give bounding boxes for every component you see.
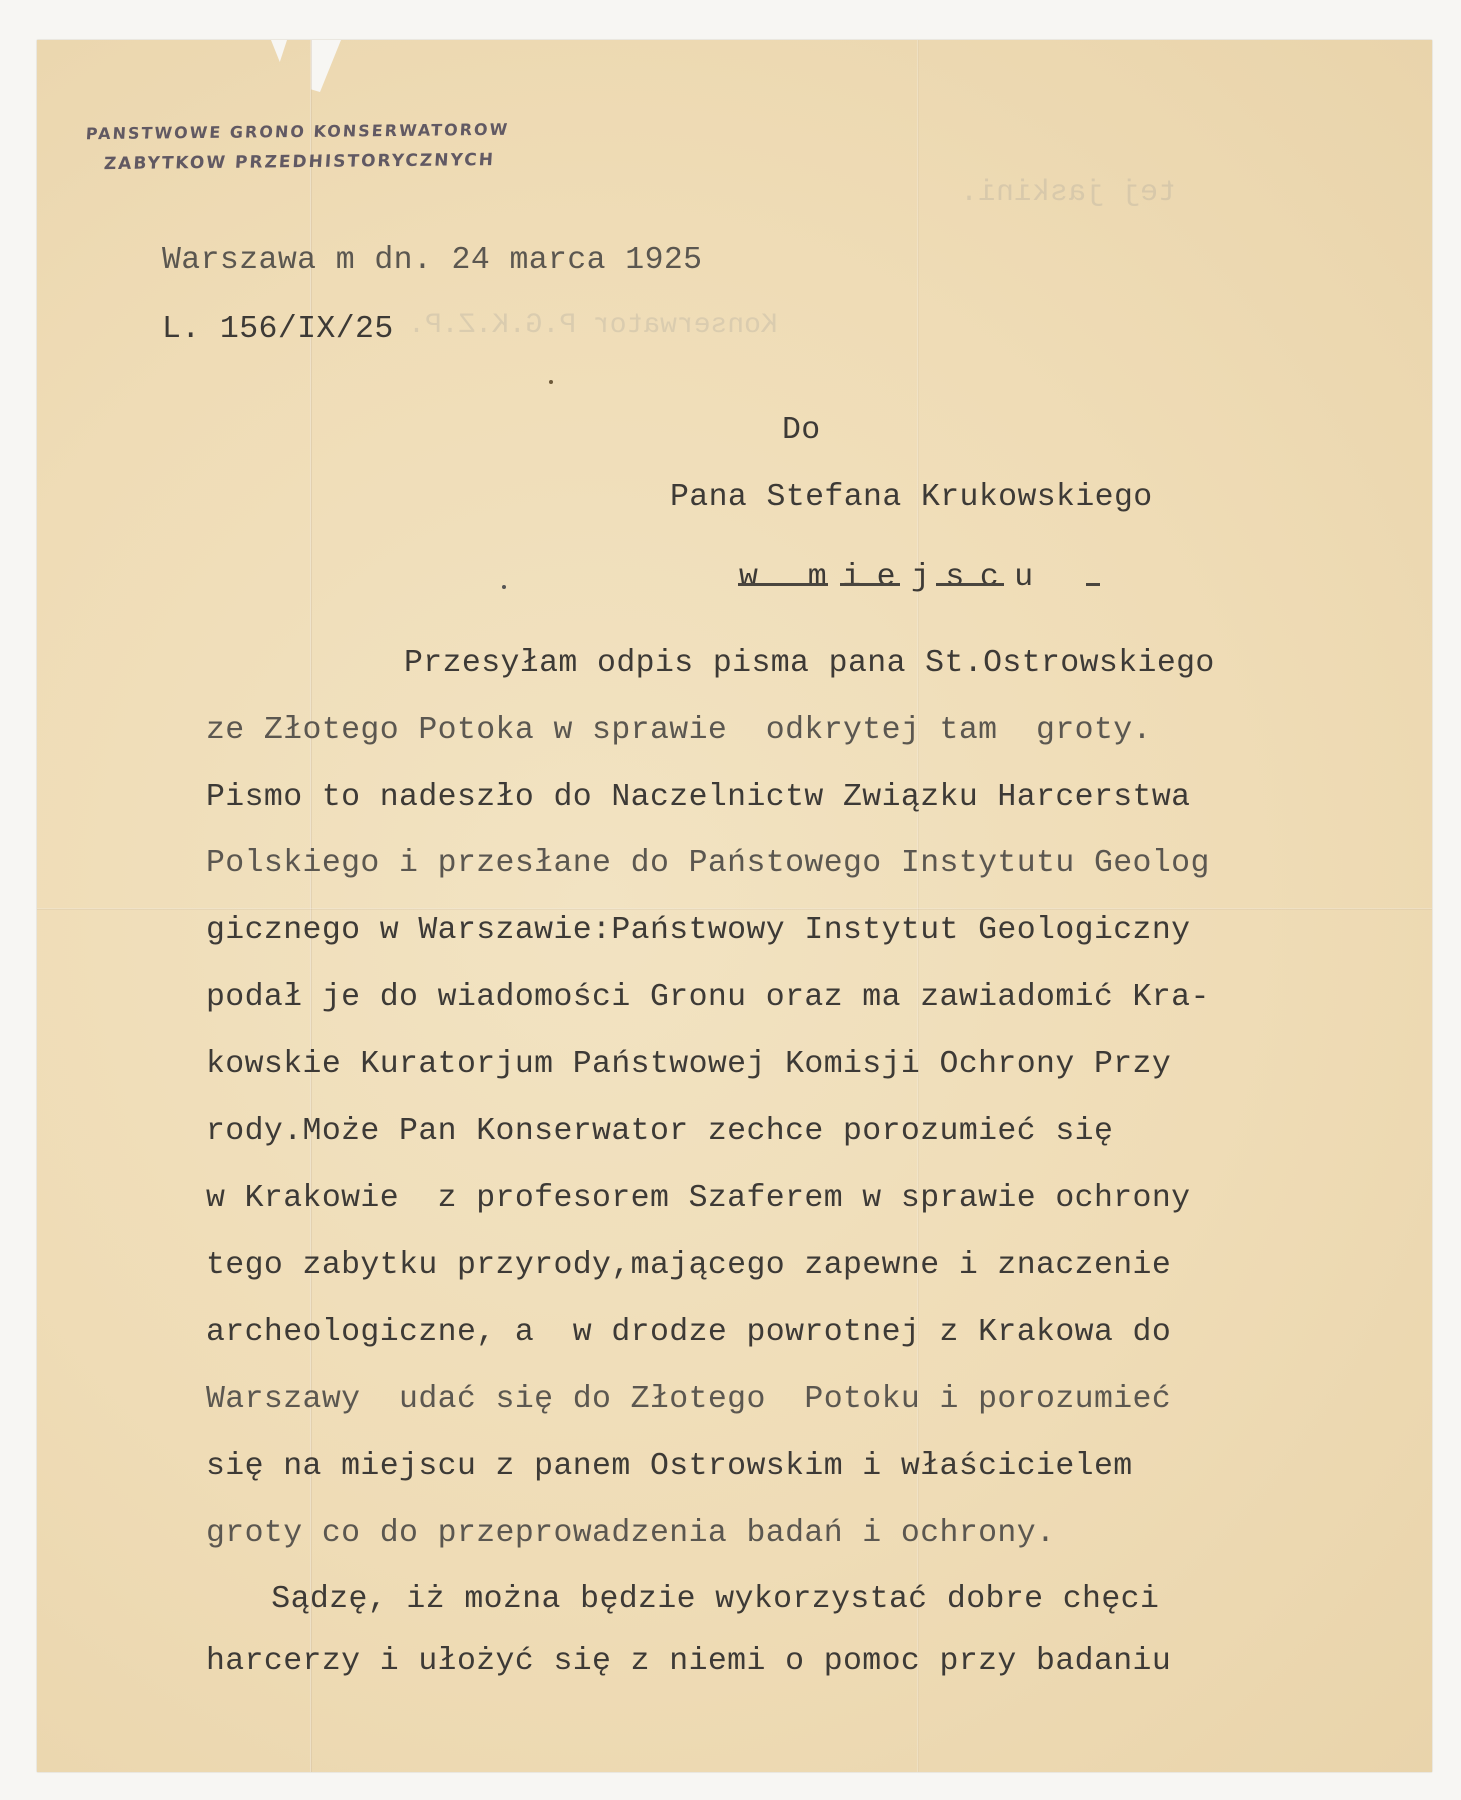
underline — [738, 583, 828, 586]
body-line: Pismo to nadeszło do Naczelnictw Związku… — [206, 782, 1190, 814]
body-line: podał je do wiadomości Gronu oraz ma zaw… — [206, 982, 1210, 1014]
body-line: archeologiczne, a w drodze powrotnej z K… — [206, 1317, 1171, 1349]
body-line: się na miejscu z panem Ostrowskim i właś… — [206, 1451, 1133, 1483]
underline — [1086, 583, 1100, 586]
bleed-through-text: Konserwator P.G.K.Z.P. — [408, 310, 778, 341]
paper-speck — [549, 380, 553, 384]
fold-line-horizontal — [37, 908, 1432, 910]
bleed-through-text: tej jaskini. — [960, 176, 1176, 210]
underline — [840, 583, 900, 586]
body-line: rody.Może Pan Konserwator zechce porozum… — [206, 1116, 1113, 1148]
place-and-date: Warszawa m dn. 24 marca 1925 — [162, 245, 703, 277]
fold-line-vertical — [310, 40, 312, 1772]
body-line: groty co do przeprowadzenia badań i ochr… — [206, 1518, 1055, 1550]
body-line: w Krakowie z profesorem Szaferem w spraw… — [206, 1183, 1190, 1215]
recipient-location: w miejscu — [739, 562, 1049, 594]
body-line: Polskiego i przesłane do Państowego Inst… — [206, 848, 1210, 880]
body-line: gicznego w Warszawie:Państwowy Instytut … — [206, 915, 1190, 947]
reference-number: L. 156/IX/25 — [162, 314, 394, 346]
letter-paper — [37, 40, 1432, 1772]
body-line: ze Złotego Potoka w sprawie odkrytej tam… — [206, 715, 1152, 747]
stamp-line-2: ZABYTKOW PRZEDHISTORYCZNYCH — [103, 152, 509, 173]
body-line: Sądzę, iż można będzie wykorzystać dobre… — [252, 1584, 1159, 1616]
body-line: harcerzy i ułożyć się z niemi o pomoc pr… — [206, 1646, 1171, 1678]
institution-stamp: PANSTWOWE GRONO KONSERWATOROW ZABYTKOW P… — [86, 124, 509, 171]
salutation-to: Do — [782, 415, 821, 447]
body-line: Przesyłam odpis pisma pana St.Ostrowskie… — [404, 648, 1215, 680]
fold-line-vertical — [917, 40, 919, 1772]
body-line: kowskie Kuratorjum Państwowej Komisji Oc… — [206, 1049, 1171, 1081]
body-line: tego zabytku przyrody,mającego zapewne i… — [206, 1250, 1171, 1282]
body-line: Warszawy udać się do Złotego Potoku i po… — [206, 1384, 1171, 1416]
paper-speck — [502, 585, 506, 589]
underline — [936, 583, 1004, 586]
recipient-name: Pana Stefana Krukowskiego — [670, 482, 1153, 514]
stamp-line-1: PANSTWOWE GRONO KONSERWATOROW — [85, 122, 509, 142]
